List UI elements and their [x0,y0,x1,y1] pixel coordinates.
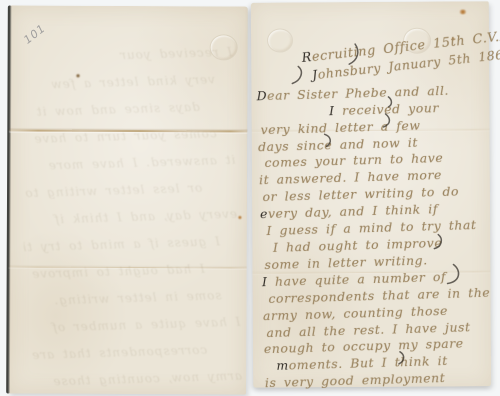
letter-photo: 101 I received yourvery kind letter a fe… [0,0,500,396]
manuscript-lines: Recruiting Office 15th C.V.I.Johnsbury J… [255,39,491,392]
stain-spot [76,74,81,78]
pencil-inventory-note: 101 [21,22,48,47]
bleed-through-text: I received yourvery kind letter a fewday… [18,39,242,389]
letter-left-page: 101 I received yourvery kind letter a fe… [8,5,248,394]
stain-spot [459,9,467,14]
stain-spot [238,215,242,219]
bleed-through-line: I have quite a number of [26,309,241,343]
letter-right-page: Recruiting Office 15th C.V.I.Johnsbury J… [251,1,491,387]
bleed-through-line: it answered. I have more [21,147,236,181]
